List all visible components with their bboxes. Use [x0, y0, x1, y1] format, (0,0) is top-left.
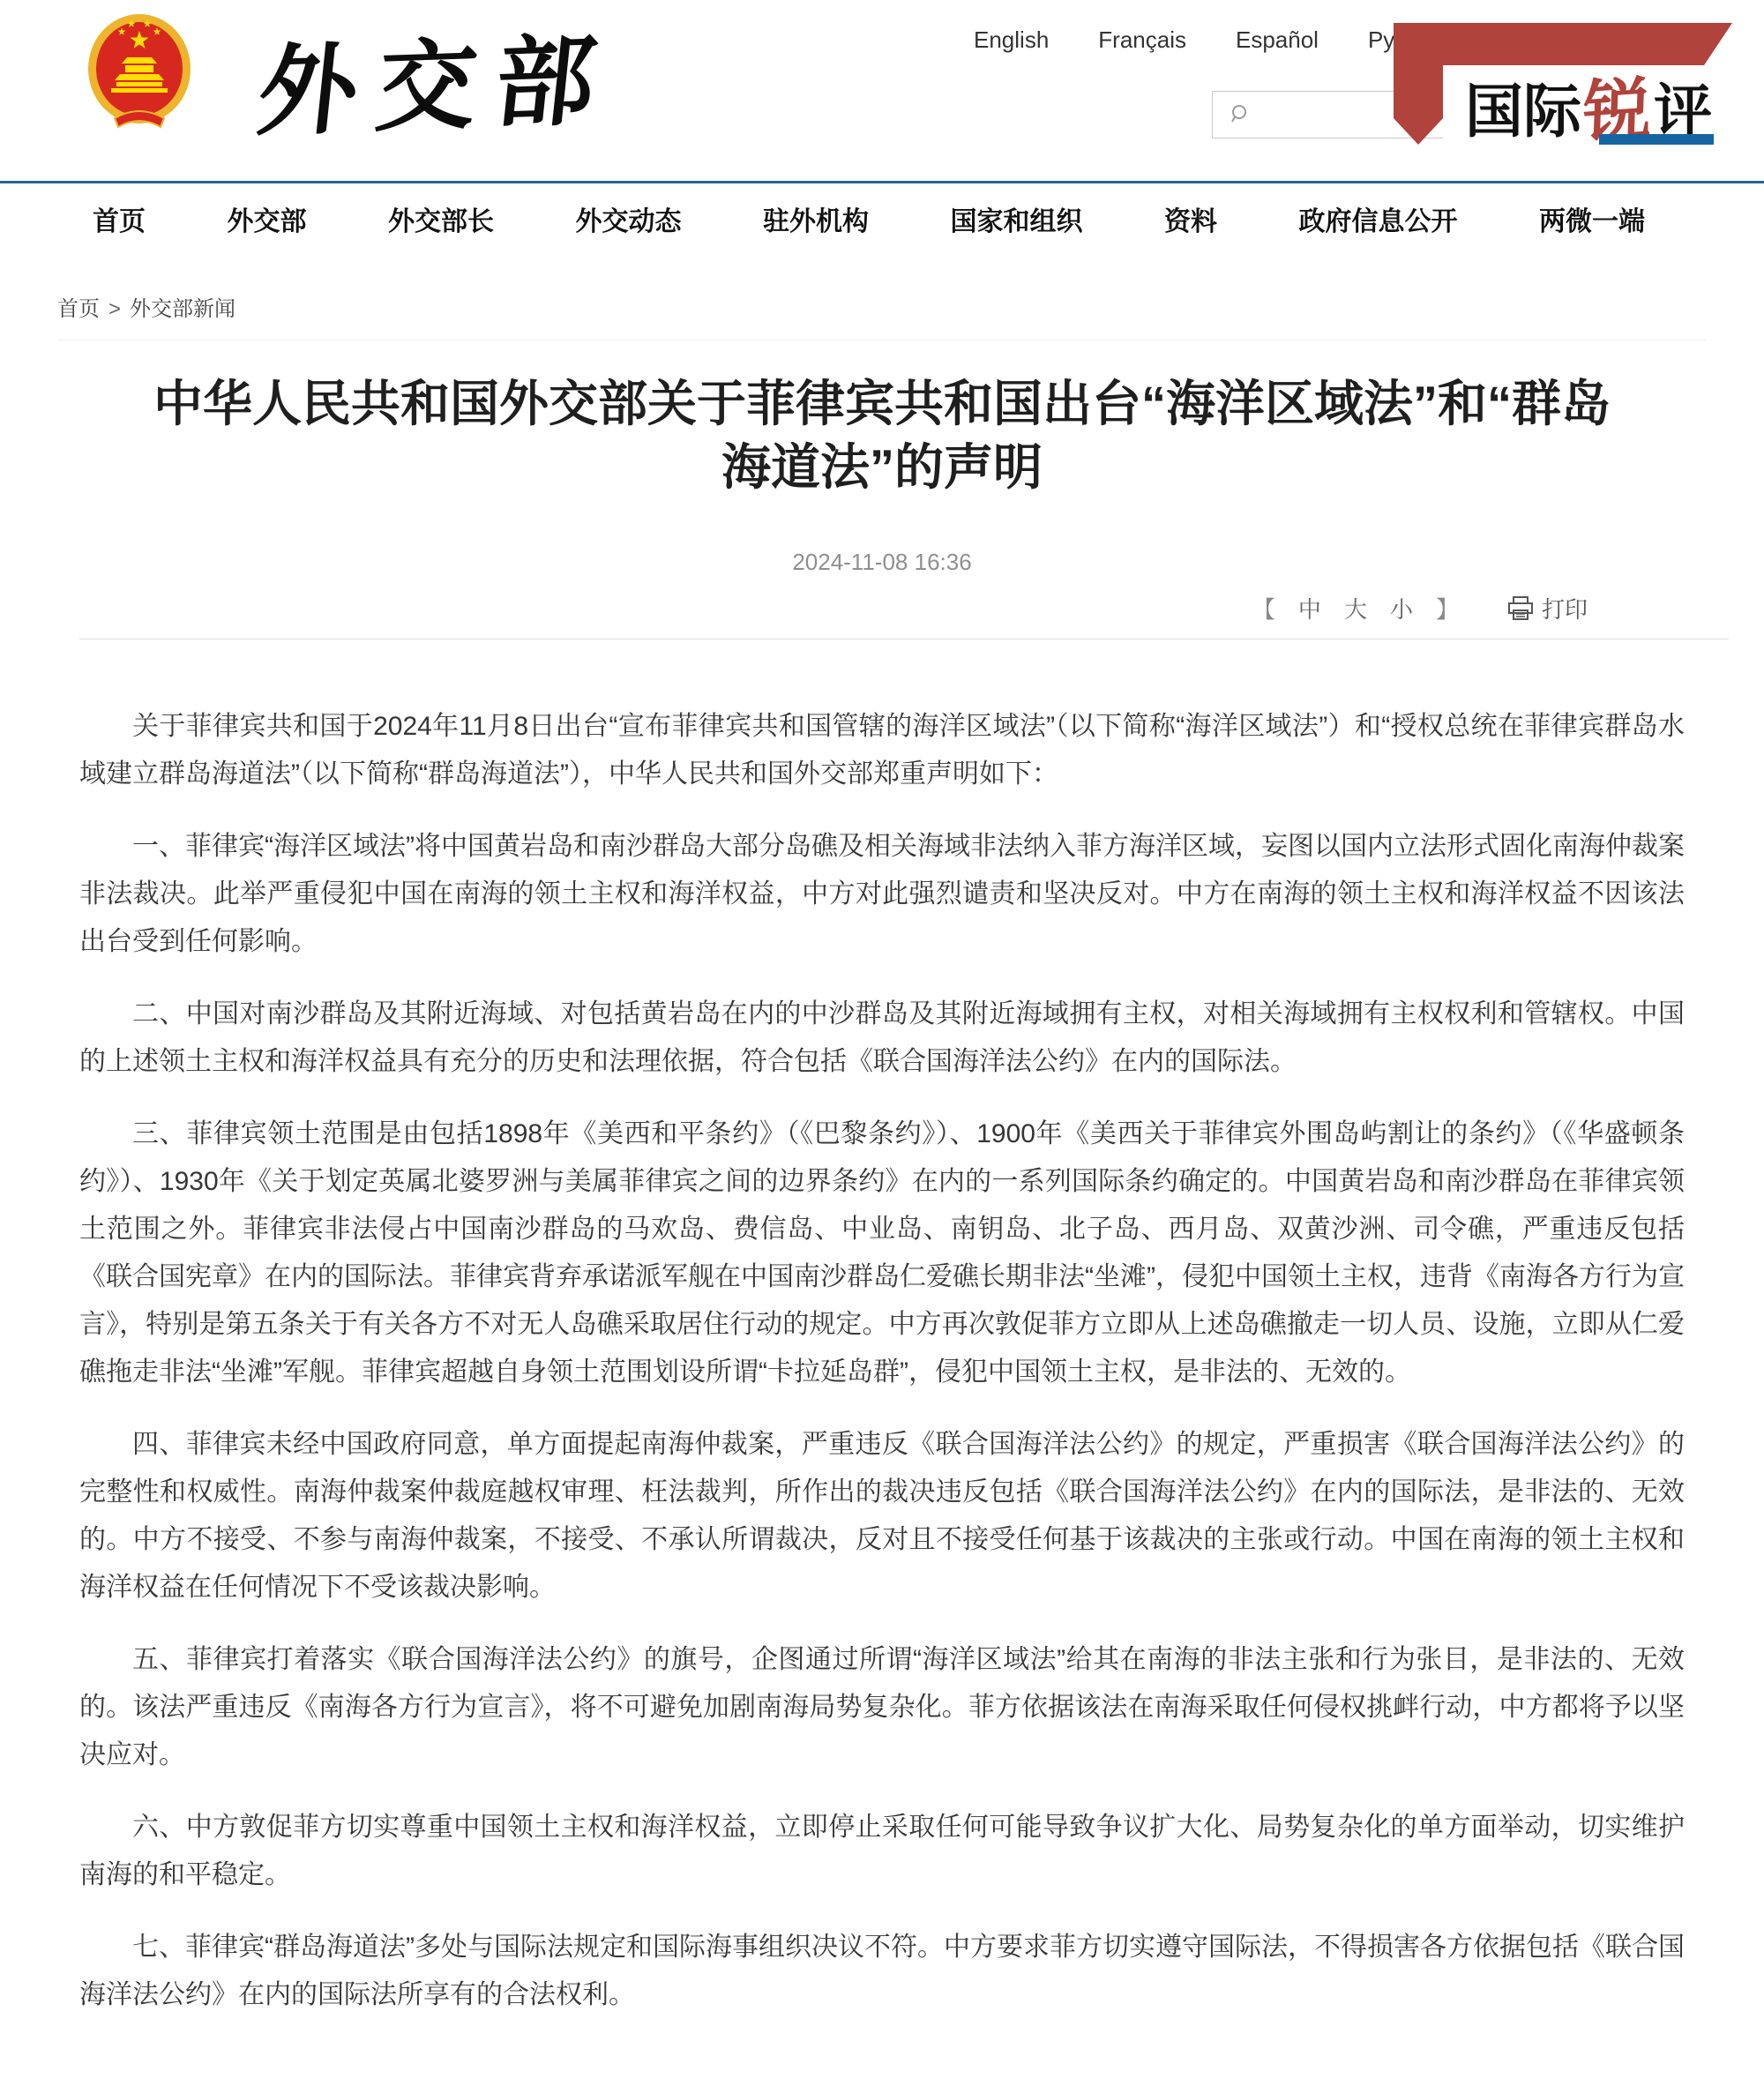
nav-item-minister[interactable]: 外交部长 [388, 199, 494, 238]
page-title-line2: 海道法”的声明 [721, 439, 1043, 495]
site-header: 外交部 English Français Español Русский 国际 … [0, 0, 1764, 181]
nav-item-resources[interactable]: 资料 [1164, 199, 1217, 238]
font-size-medium-button[interactable]: 中 [1298, 592, 1321, 624]
nav-item-mfa[interactable]: 外交部 [228, 199, 307, 238]
print-label: 打印 [1542, 592, 1588, 624]
article-body: 关于菲律宾共和国于2024年11月8日出台“宣布菲律宾共和国管辖的海洋区域法”（… [79, 639, 1685, 2079]
publish-datetime: 2024-11-08 16:36 [79, 549, 1685, 576]
banner-text-prefix: 国际 [1465, 64, 1581, 148]
page-title: 中华人民共和国外交部关于菲律宾共和国出台“海洋区域法”和“群岛 海道法”的声明 [79, 372, 1685, 499]
font-size-controls: 【 中 大 小 】 [1252, 592, 1459, 624]
nav-item-countries[interactable]: 国家和组织 [951, 199, 1083, 238]
breadcrumb: 首页>外交部新闻 [57, 291, 1764, 322]
site-title-calligraphy: 外交部 [252, 1, 639, 156]
page-title-line1: 中华人民共和国外交部关于菲律宾共和国出台“海洋区域法”和“群岛 [153, 376, 1611, 431]
nav-item-activities[interactable]: 外交动态 [576, 199, 682, 238]
breadcrumb-home[interactable]: 首页 [57, 297, 100, 321]
paragraph-5: 五、菲律宾打着落实《联合国海洋法公约》的旗号，企图通过所谓“海洋区域法”给其在南… [79, 1636, 1685, 1779]
search-icon [1225, 101, 1252, 128]
font-size-bracket-open: 【 [1252, 592, 1275, 624]
national-emblem-icon [85, 11, 194, 134]
paragraph-intro: 关于菲律宾共和国于2024年11月8日出台“宣布菲律宾共和国管辖的海洋区域法”（… [79, 703, 1685, 798]
nav-item-social-media[interactable]: 两微一端 [1539, 199, 1645, 238]
paragraph-4: 四、菲律宾未经中国政府同意，单方面提起南海仲裁案，严重违反《联合国海洋法公约》的… [79, 1421, 1685, 1612]
paragraph-3: 三、菲律宾领土范围是由包括1898年《美西和平条约》（《巴黎条约》）、1900年… [79, 1111, 1685, 1396]
paragraph-1: 一、菲律宾“海洋区域法”将中国黄岩岛和南沙群岛大部分岛礁及相关海域非法纳入菲方海… [79, 823, 1685, 966]
printer-icon [1506, 595, 1535, 622]
article-tools: 【 中 大 小 】 打印 [79, 592, 1685, 624]
nav-item-gov-info[interactable]: 政府信息公开 [1299, 199, 1458, 238]
breadcrumb-current: 外交部新闻 [130, 297, 235, 321]
lang-link-english[interactable]: English [974, 26, 1049, 54]
font-size-bracket-close: 】 [1436, 592, 1459, 624]
paragraph-2: 二、中国对南沙群岛及其附近海域、对包括黄岩岛在内的中沙群岛及其附近海域拥有主权，… [79, 991, 1685, 1086]
paragraph-6: 六、中方敦促菲方切实尊重中国领土主权和海洋权益，立即停止采取任何可能导致争议扩大… [79, 1804, 1685, 1899]
nav-item-home[interactable]: 首页 [93, 199, 146, 238]
nav-item-missions[interactable]: 驻外机构 [763, 199, 869, 238]
breadcrumb-separator: > [108, 297, 121, 321]
paragraph-7: 七、菲律宾“群岛海道法”多处与国际法规定和国际海事组织决议不符。中方要求菲方切实… [79, 1924, 1685, 2019]
lang-link-francais[interactable]: Français [1098, 26, 1186, 54]
language-switcher: English Français Español Русский [974, 26, 1453, 54]
font-size-small-button[interactable]: 小 [1390, 592, 1413, 624]
font-size-large-button[interactable]: 大 [1344, 592, 1367, 624]
print-button[interactable]: 打印 [1506, 592, 1588, 624]
lang-link-espanol[interactable]: Español [1236, 26, 1319, 54]
breadcrumb-divider [57, 340, 1707, 340]
banner-underline [1599, 134, 1714, 145]
article: 中华人民共和国外交部关于菲律宾共和国出台“海洋区域法”和“群岛 海道法”的声明 … [79, 372, 1685, 2079]
main-navigation: 首页 外交部 外交部长 外交动态 驻外机构 国家和组织 资料 政府信息公开 两微… [0, 183, 1764, 254]
intl-sharp-commentary-banner[interactable]: 国际 锐 评 [1392, 23, 1736, 151]
